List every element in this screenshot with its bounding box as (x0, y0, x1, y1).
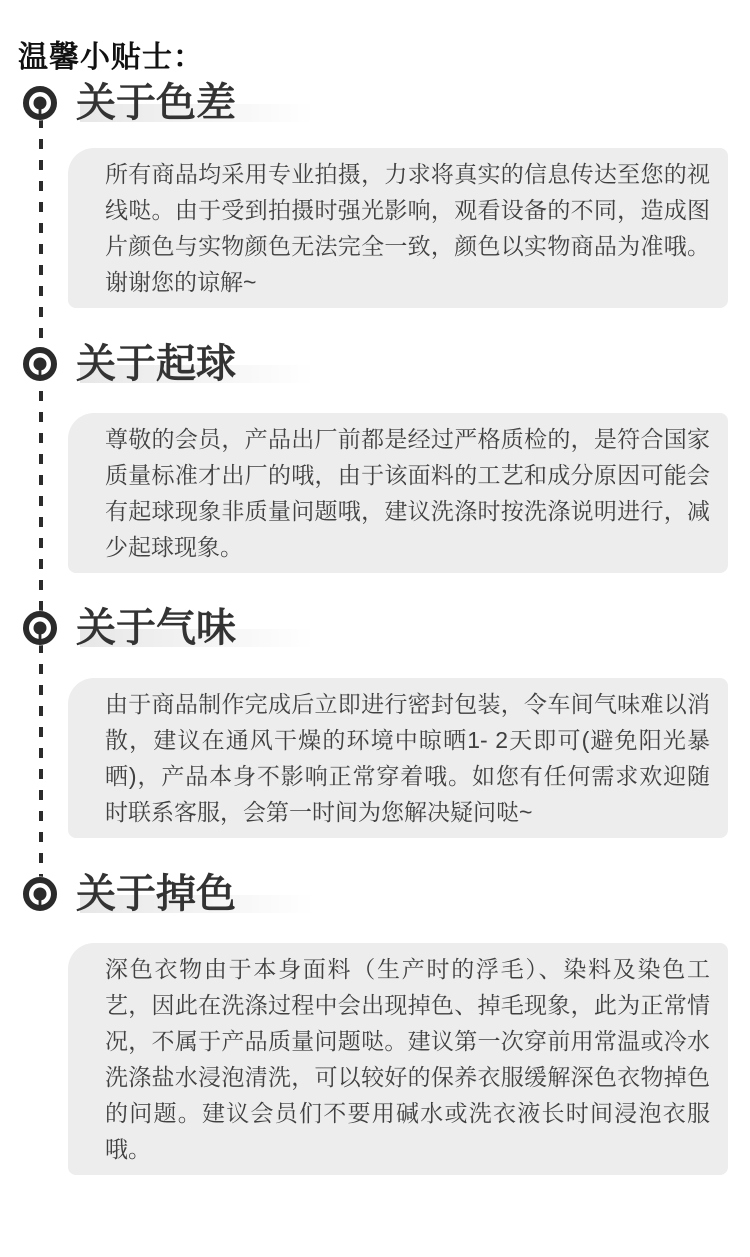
tip-body-color-difference: 所有商品均采用专业拍摄，力求将真实的信息传达至您的视线哒。由于受到拍摄时强光影响… (68, 148, 728, 308)
tip-heading-odor: 关于气味 (76, 605, 236, 651)
tip-heading-pilling: 关于起球 (76, 341, 236, 387)
bullseye-icon (22, 85, 58, 121)
tip-heading-color-difference: 关于色差 (76, 80, 236, 126)
tip-body-pilling: 尊敬的会员，产品出厂前都是经过严格质检的，是符合国家质量标准才出厂的哦，由于该面… (68, 413, 728, 573)
tip-body-odor: 由于商品制作完成后立即进行密封包装，令车间气味难以消散，建议在通风干燥的环境中晾… (68, 678, 728, 838)
page-title: 温馨小贴士： (18, 32, 204, 76)
dashed-timeline-decoration (39, 118, 43, 884)
bullseye-icon (22, 876, 58, 912)
tip-body-color-fading: 深色衣物由于本身面料（生产时的浮毛）、染料及染色工艺，因此在洗涤过程中会出现掉色… (68, 943, 728, 1175)
bullseye-icon (22, 346, 58, 382)
bullseye-icon (22, 610, 58, 646)
tip-heading-color-fading: 关于掉色 (76, 871, 236, 917)
